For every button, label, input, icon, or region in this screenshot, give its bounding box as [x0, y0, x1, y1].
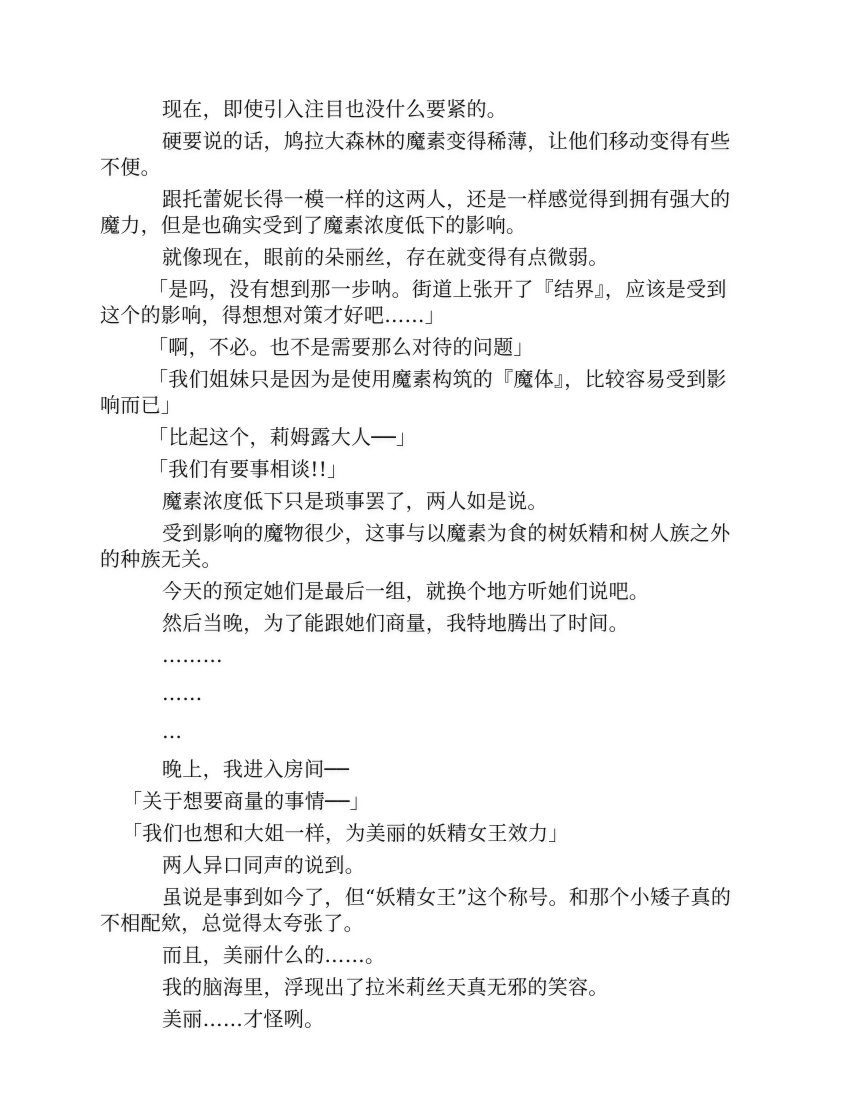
dialogue-paragraph: 「我们也想和大姐一样，为美丽的妖精女王效力」	[100, 820, 746, 846]
paragraph: 就像现在，眼前的朵丽丝，存在就变得有点微弱。	[100, 244, 746, 270]
dialogue-paragraph: 「关于想要商量的事情──」	[100, 788, 746, 814]
paragraph: 魔素浓度低下只是琐事罢了，两人如是说。	[100, 488, 746, 514]
paragraph: 两人异口同声的说到。	[100, 852, 746, 878]
paragraph: 跟托蕾妮长得一模一样的这两人，还是一样感觉得到拥有强大的魔力，但是也确实受到了魔…	[100, 186, 746, 238]
dialogue-paragraph: 「是吗，没有想到那一步呐。街道上张开了『结界』，应该是受到这个的影响，得想想对策…	[100, 276, 746, 328]
paragraph: 而且，美丽什么的……。	[100, 942, 746, 968]
dialogue-paragraph: 「我们姐妹只是因为是使用魔素构筑的『魔体』，比较容易受到影响而已」	[100, 366, 746, 418]
paragraph: 硬要说的话，鸠拉大森林的魔素变得稀薄，让他们移动变得有些不便。	[100, 128, 746, 180]
paragraph: 现在，即使引入注目也没什么要紧的。	[100, 96, 746, 122]
dialogue-paragraph: 「我们有要事相谈!!」	[100, 456, 746, 482]
paragraph: 晚上，我进入房间──	[100, 756, 746, 782]
paragraph: 我的脑海里，浮现出了拉米莉丝天真无邪的笑容。	[100, 974, 746, 1000]
ellipsis-break: ……	[100, 680, 746, 706]
dialogue-paragraph: 「比起这个，莉姆露大人──」	[100, 424, 746, 450]
paragraph: 受到影响的魔物很少，这事与以魔素为食的树妖精和树人族之外的种族无关。	[100, 520, 746, 572]
paragraph: 美丽……才怪咧。	[100, 1006, 746, 1032]
paragraph: 今天的预定她们是最后一组，就换个地方听她们说吧。	[100, 578, 746, 604]
paragraph: 虽说是事到如今了，但“妖精女王”这个称号。和那个小矮子真的不相配欸，总觉得太夸张…	[100, 884, 746, 936]
document-page: 现在，即使引入注目也没什么要紧的。 硬要说的话，鸠拉大森林的魔素变得稀薄，让他们…	[100, 96, 746, 1038]
dialogue-paragraph: 「啊，不必。也不是需要那么对待的问题」	[100, 334, 746, 360]
ellipsis-break: …	[100, 718, 746, 744]
ellipsis-break: ………	[100, 642, 746, 668]
paragraph: 然后当晚，为了能跟她们商量，我特地腾出了时间。	[100, 610, 746, 636]
